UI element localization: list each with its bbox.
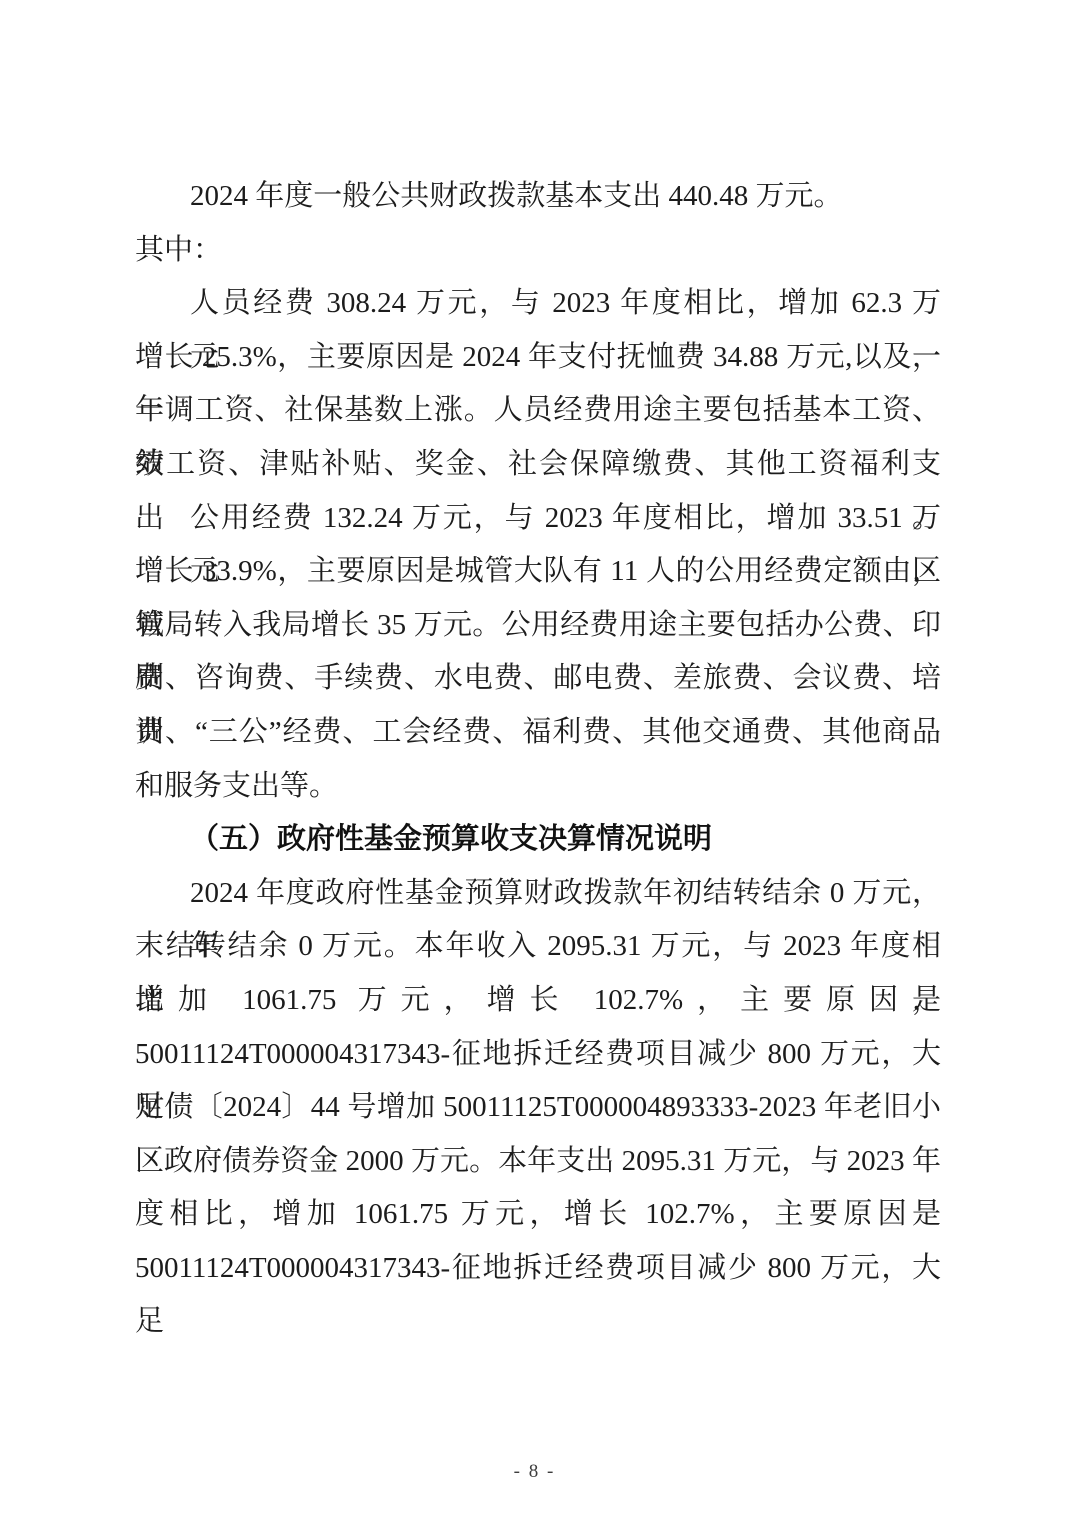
text-line: 人员经费 308.24 万元，与 2023 年度相比，增加 62.3 万元， xyxy=(135,277,941,331)
document-body: 2024 年度一般公共财政拨款基本支出 440.48 万元。 其中： 人员经费 … xyxy=(135,170,941,1295)
document-page: 2024 年度一般公共财政拨款基本支出 440.48 万元。 其中： 人员经费 … xyxy=(0,0,1069,1515)
text-line: 其中： xyxy=(135,224,941,278)
text-line: 末结转结余 0 万元。本年收入 2095.31 万元，与 2023 年度相比， xyxy=(135,920,941,974)
text-line: 公用经费 132.24 万元，与 2023 年度相比，增加 33.51 万元， xyxy=(135,492,941,546)
text-line: 增长 33.9%，主要原因是城管大队有 11 人的公用经费定额由区城 xyxy=(135,545,941,599)
text-line: 财债〔2024〕44 号增加 50011125T000004893333-202… xyxy=(135,1081,941,1135)
text-line: 费、“三公”经费、工会经费、福利费、其他交通费、其他商品 xyxy=(135,706,941,760)
text-line: 效工资、津贴补贴、奖金、社会保障缴费、其他工资福利支出。 xyxy=(135,438,941,492)
page-number: - 8 - xyxy=(0,1461,1069,1483)
text-line: 50011124T000004317343-征地拆迁经费项目减少 800 万元，… xyxy=(135,1242,941,1296)
text-line: 和服务支出等。 xyxy=(135,760,941,814)
text-line: 一调工资、社保基数上涨。人员经费用途主要包括基本工资、绩 xyxy=(135,384,941,438)
text-line: 2024 年度一般公共财政拨款基本支出 440.48 万元。 xyxy=(135,170,941,224)
text-line: 增长 25.3%，主要原因是 2024 年支付抚恤费 34.88 万元,以及一年 xyxy=(135,331,941,385)
section-heading: （五）政府性基金预算收支决算情况说明 xyxy=(135,813,941,867)
text-line: 管局转入我局增长 35 万元。公用经费用途主要包括办公费、印刷 xyxy=(135,599,941,653)
text-line: 度相比，增加 1061.75 万元，增长 102.7%，主要原因是 xyxy=(135,1188,941,1242)
text-line: 增加 1061.75 万元，增长 102.7%，主要原因是 xyxy=(135,974,941,1028)
text-line: 2024 年度政府性基金预算财政拨款年初结转结余 0 万元，年 xyxy=(135,867,941,921)
text-line: 费、咨询费、手续费、水电费、邮电费、差旅费、会议费、培训 xyxy=(135,652,941,706)
text-line: 区政府债券资金 2000 万元。本年支出 2095.31 万元，与 2023 年 xyxy=(135,1135,941,1189)
text-line: 50011124T000004317343-征地拆迁经费项目减少 800 万元，… xyxy=(135,1028,941,1082)
